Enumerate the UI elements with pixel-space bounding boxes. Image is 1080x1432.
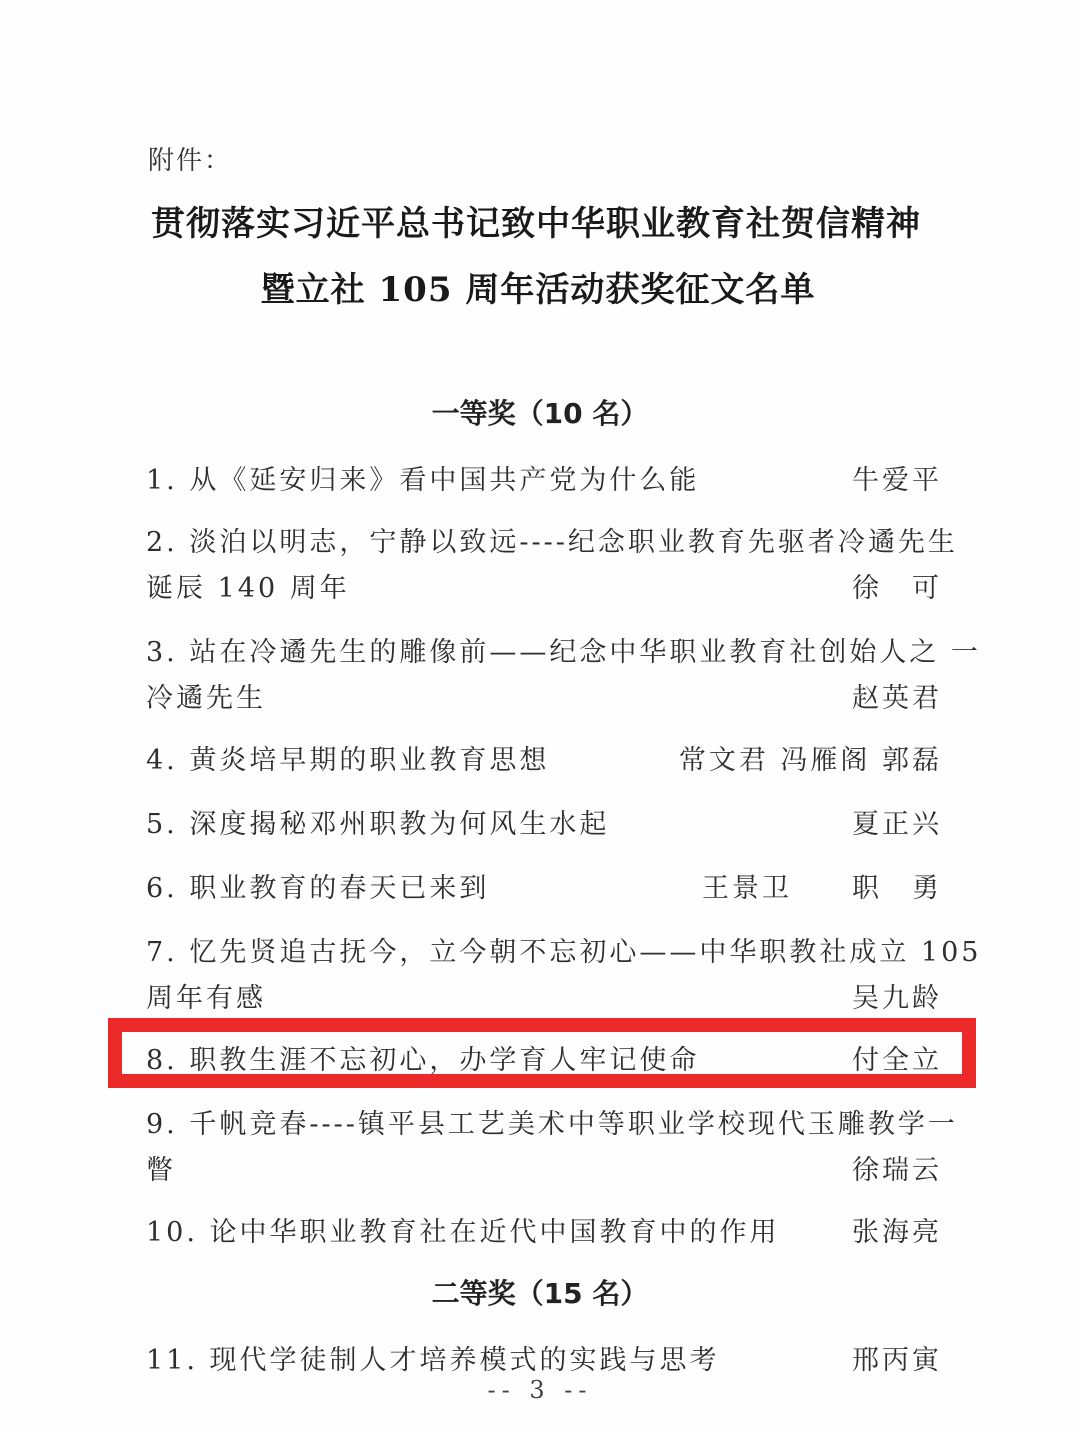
entry-author: 邢丙寅 — [852, 1338, 942, 1377]
entry-title: 6. 职业教育的春天已来到 — [146, 866, 489, 905]
entry-author: 徐瑞云 — [852, 1148, 942, 1187]
entry-title-continued: 周年有感 — [146, 976, 266, 1015]
entry-author: 夏正兴 — [852, 802, 942, 841]
entry-title: 2. 淡泊以明志，宁静以致远----纪念职业教育先驱者冷遹先生 — [146, 520, 958, 559]
document-page: 附件： 贯彻落实习近平总书记致中华职业教育社贺信精神 暨立社 105 周年活动获… — [0, 0, 1080, 1432]
entry-title: 8. 职教生涯不忘初心，办学育人牢记使命 — [146, 1038, 699, 1077]
entry-author: 常文君 冯雁阁 郭磊 — [679, 738, 942, 777]
document-title-line1: 贯彻落实习近平总书记致中华职业教育社贺信精神 — [0, 196, 1076, 245]
entry-title: 3. 站在冷遹先生的雕像前——纪念中华职业教育社创始人之 一 — [146, 630, 981, 669]
attachment-label: 附件： — [148, 140, 232, 177]
entry-author: 吴九龄 — [852, 976, 942, 1015]
entry-title: 4. 黄炎培早期的职业教育思想 — [146, 738, 549, 777]
section-heading-second-prize: 二等奖（15 名） — [0, 1272, 1080, 1312]
entry-author: 付全立 — [852, 1038, 942, 1077]
entry-author: 张海亮 — [852, 1210, 942, 1249]
entry-author: 赵英君 — [852, 676, 942, 715]
entry-title: 9. 千帆竞春----镇平县工艺美术中等职业学校现代玉雕教学一 — [146, 1102, 958, 1141]
entry-title: 11. 现代学徒制人才培养模式的实践与思考 — [146, 1338, 720, 1377]
document-title-line2: 暨立社 105 周年活动获奖征文名单 — [0, 262, 1078, 311]
entry-author: 徐 可 — [852, 566, 942, 605]
entry-author: 王景卫 职 勇 — [702, 866, 942, 905]
entry-title-continued: 瞥 — [146, 1148, 176, 1187]
entry-title-continued: 冷遹先生 — [146, 676, 266, 715]
entry-title: 1. 从《延安归来》看中国共产党为什么能 — [146, 458, 699, 497]
entry-title: 10. 论中华职业教育社在近代中国教育中的作用 — [146, 1210, 780, 1249]
entry-title-continued: 诞辰 140 周年 — [146, 566, 350, 605]
entry-title: 5. 深度揭秘邓州职教为何风生水起 — [146, 802, 609, 841]
entry-author: 牛爱平 — [852, 458, 942, 497]
page-number: -- 3 -- — [0, 1376, 1080, 1404]
section-heading-first-prize: 一等奖（10 名） — [0, 392, 1080, 432]
entry-title: 7. 忆先贤追古抚今，立今朝不忘初心——中华职教社成立 105 — [146, 930, 981, 969]
